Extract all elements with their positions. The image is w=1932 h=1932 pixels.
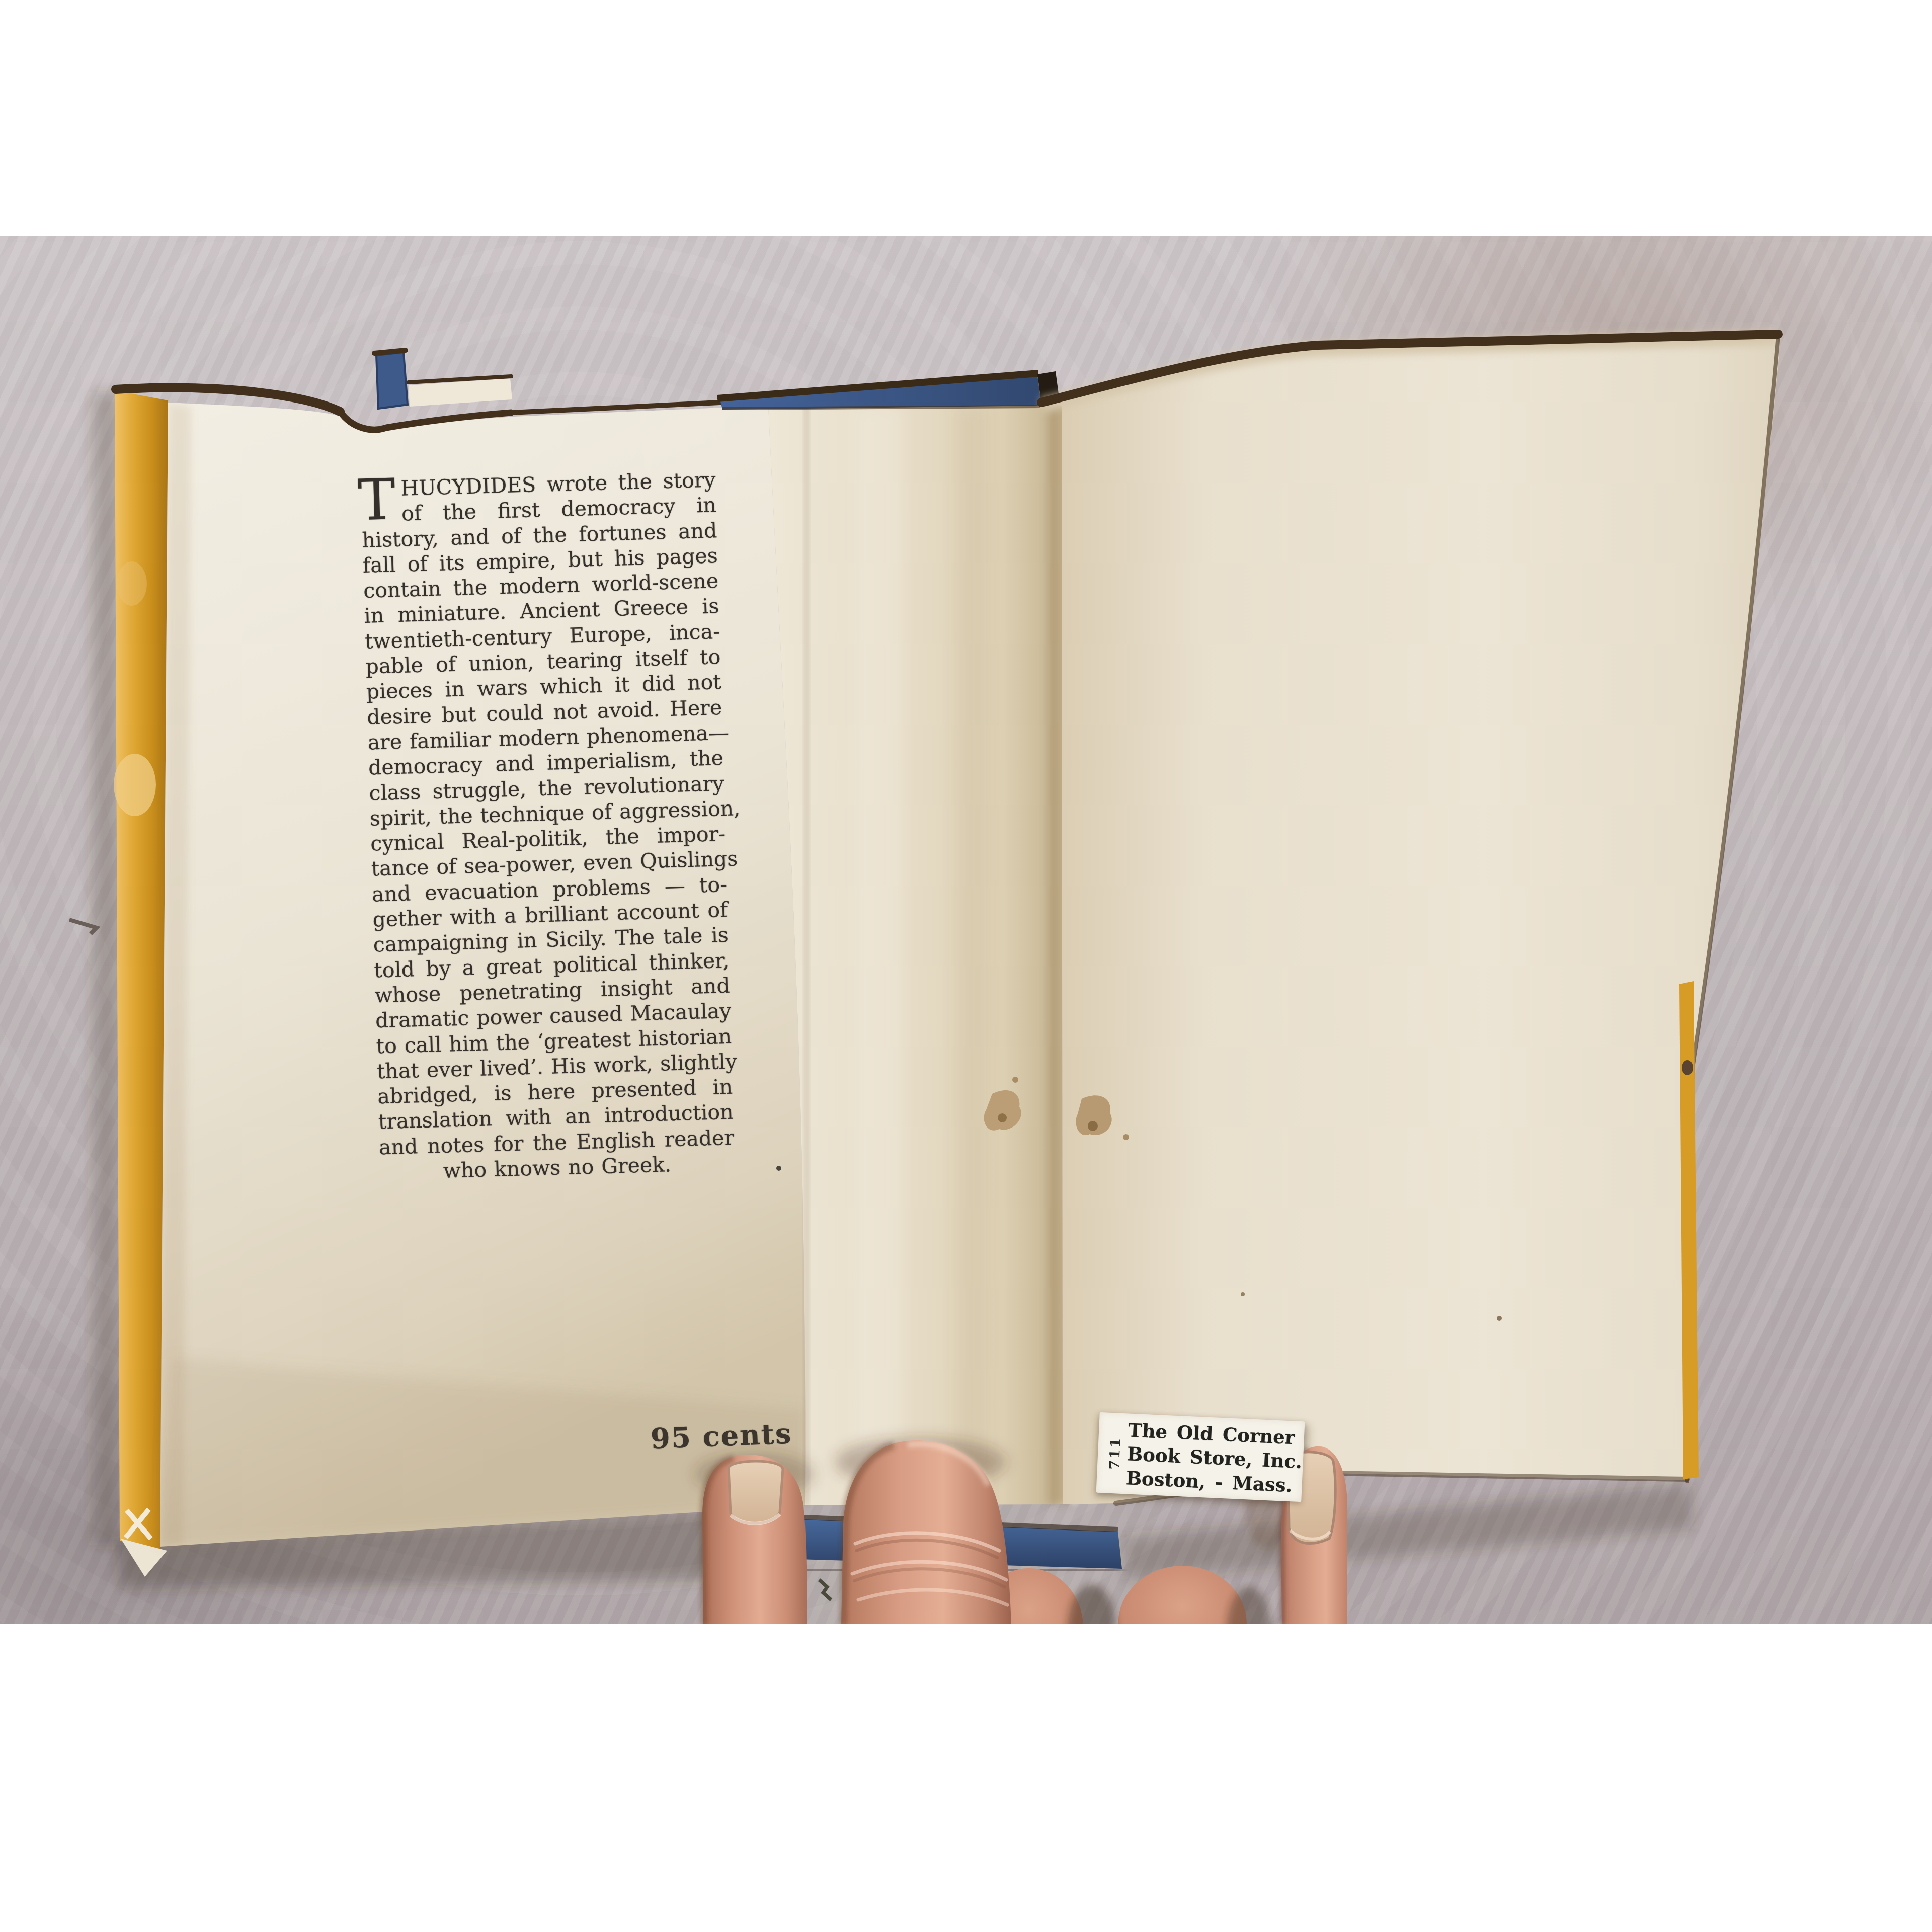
price-text: 95 cents (650, 1417, 793, 1456)
fabric-thread-speck (69, 920, 97, 934)
label-code: 711 (1107, 1436, 1124, 1470)
spine-blue-cloth-top (717, 371, 1060, 410)
book-photo-art (0, 0, 1932, 1932)
endpaper-right-page (984, 335, 1779, 1504)
fabric-thread-speck-2 (819, 1580, 831, 1600)
blurb-body-lines: history, and of the fortunes andfall of … (362, 518, 735, 1160)
blurb-first-lines: HUCYDIDES wrote the storyof the first de… (400, 467, 717, 526)
screenshot-canvas: T HUCYDIDES wrote the storyof the first … (0, 0, 1932, 1932)
drop-cap: T (357, 477, 396, 524)
flyleaf-page (768, 406, 1063, 1505)
label-text: The Old CornerBook Store, Inc.Boston, - … (1125, 1418, 1291, 1497)
flap-blurb: T HUCYDIDES wrote the storyof the first … (360, 467, 735, 1185)
flap-ink-speck (776, 1166, 781, 1171)
blue-cloth-tab (376, 352, 408, 409)
jacket-yellow-left-edge (114, 390, 168, 1577)
fingernail (729, 1461, 783, 1523)
bookseller-label: 711 The Old CornerBook Store, Inc.Boston… (1096, 1412, 1305, 1502)
index-finger (702, 1455, 807, 1625)
knuckle-finger (975, 1566, 1271, 1687)
